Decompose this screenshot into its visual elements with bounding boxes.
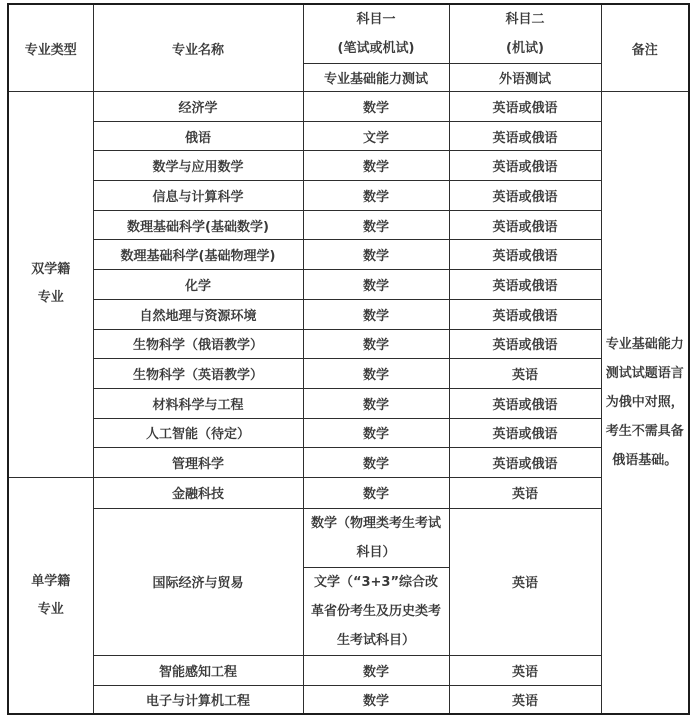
page-canvas: 专业类型 专业名称 科目一 (笔试或机试) 科目二 (机试) 备注 专业基础能力… (0, 0, 695, 716)
language-cell: 英语 (449, 508, 601, 655)
major-name-cell: 生物科学（俄语教学） (93, 329, 303, 359)
subject-cell: 数学 (303, 477, 449, 508)
section-label-single: 单学籍 专业 (8, 477, 93, 714)
major-name-cell: 金融科技 (93, 477, 303, 508)
major-name-cell: 数理基础科学(基础数学) (93, 210, 303, 240)
language-cell: 英语或俄语 (449, 329, 601, 359)
subject-cell-physics-track: 数学（物理类考生考试科目） (303, 508, 449, 567)
major-name-cell: 材料科学与工程 (93, 388, 303, 418)
language-cell: 英语或俄语 (449, 210, 601, 240)
subject-cell: 文学 (303, 121, 449, 151)
language-cell: 英语或俄语 (449, 388, 601, 418)
subject-cell-history-track: 文学（“3+3”综合改革省份考生及历史类考生考试科目） (303, 567, 449, 655)
remark-cell: 专业基础能力 测试试题语言 为俄中对照， 考生不需具备 俄语基础。 (601, 92, 689, 715)
header-subject1: 科目一 (笔试或机试) (303, 4, 449, 64)
major-name-cell: 智能感知工程 (93, 655, 303, 685)
major-name-cell: 生物科学（英语教学） (93, 359, 303, 389)
language-cell: 英语或俄语 (449, 121, 601, 151)
language-cell: 英语或俄语 (449, 270, 601, 300)
subject-cell: 数学 (303, 418, 449, 448)
subject-cell: 数学 (303, 388, 449, 418)
major-name-cell: 国际经济与贸易 (93, 508, 303, 655)
header-subject1-sub: 专业基础能力测试 (303, 64, 449, 92)
language-cell: 英语或俄语 (449, 181, 601, 211)
subject-cell: 数学 (303, 299, 449, 329)
major-name-cell: 信息与计算科学 (93, 181, 303, 211)
language-cell: 英语或俄语 (449, 240, 601, 270)
major-name-cell: 人工智能（待定） (93, 418, 303, 448)
language-cell: 英语或俄语 (449, 151, 601, 181)
language-cell: 英语或俄语 (449, 418, 601, 448)
language-cell: 英语或俄语 (449, 299, 601, 329)
language-cell: 英语 (449, 655, 601, 685)
subject-cell: 数学 (303, 329, 449, 359)
subject-cell: 数学 (303, 359, 449, 389)
major-name-cell: 俄语 (93, 121, 303, 151)
major-name-cell: 数学与应用数学 (93, 151, 303, 181)
major-name-cell: 化学 (93, 270, 303, 300)
header-major-type: 专业类型 (8, 4, 93, 92)
subject-cell: 数学 (303, 151, 449, 181)
header-subject2-sub: 外语测试 (449, 64, 601, 92)
subject-cell: 数学 (303, 685, 449, 714)
section-label-dual: 双学籍 专业 (8, 92, 93, 478)
language-cell: 英语或俄语 (449, 448, 601, 478)
language-cell: 英语 (449, 685, 601, 714)
language-cell: 英语或俄语 (449, 92, 601, 122)
subject-cell: 数学 (303, 655, 449, 685)
major-name-cell: 数理基础科学(基础物理学) (93, 240, 303, 270)
exam-subjects-table: 专业类型 专业名称 科目一 (笔试或机试) 科目二 (机试) 备注 专业基础能力… (7, 3, 690, 715)
subject-cell: 数学 (303, 270, 449, 300)
subject-cell: 数学 (303, 210, 449, 240)
major-name-cell: 自然地理与资源环境 (93, 299, 303, 329)
subject-cell: 数学 (303, 240, 449, 270)
header-subject2: 科目二 (机试) (449, 4, 601, 64)
subject-cell: 数学 (303, 92, 449, 122)
major-name-cell: 电子与计算机工程 (93, 685, 303, 714)
major-name-cell: 经济学 (93, 92, 303, 122)
subject-cell: 数学 (303, 448, 449, 478)
header-remark: 备注 (601, 4, 689, 92)
language-cell: 英语 (449, 359, 601, 389)
header-major-name: 专业名称 (93, 4, 303, 92)
subject-cell: 数学 (303, 181, 449, 211)
major-name-cell: 管理科学 (93, 448, 303, 478)
language-cell: 英语 (449, 477, 601, 508)
